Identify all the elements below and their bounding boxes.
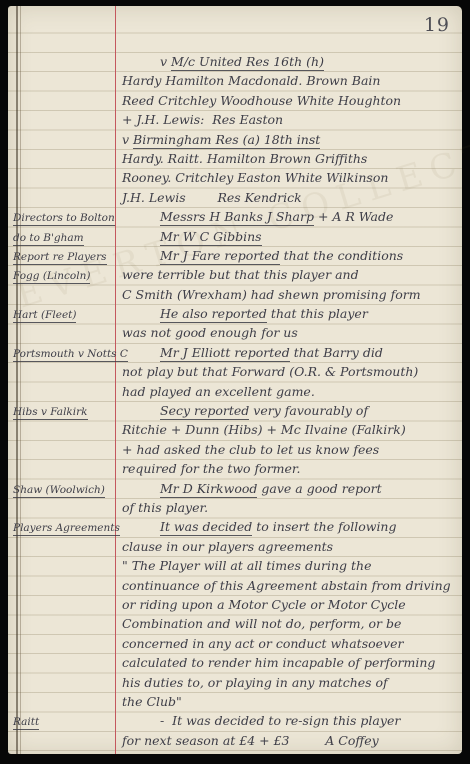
margin-note: Players Agreements bbox=[13, 522, 120, 536]
minute-text-cell: Secy reportedvery favourably of bbox=[108, 401, 462, 420]
minute-line: Ritchie + Dunn (Hibs) + Mc Ilvaine (Falk… bbox=[8, 420, 462, 439]
margin-cell: do to B'gham bbox=[8, 229, 108, 248]
minute-text-cell: continuance of this Agreement abstain fr… bbox=[108, 576, 462, 595]
minute-text-cell: the Club" bbox=[108, 692, 462, 711]
line-text: " The Player will at all times during th… bbox=[122, 558, 371, 573]
line-text: + had asked the club to let us know fees bbox=[122, 442, 379, 457]
minute-line: Portsmouth v Notts CMr J Elliott reporte… bbox=[8, 343, 462, 362]
minute-line: + had asked the club to let us know fees bbox=[8, 440, 462, 459]
line-text: had played an excellent game. bbox=[122, 384, 315, 399]
line-text: the Club" bbox=[122, 694, 182, 709]
minute-line: continuance of this Agreement abstain fr… bbox=[8, 576, 462, 595]
minute-text-cell: Hardy. Raitt. Hamilton Brown Griffiths bbox=[108, 149, 462, 168]
underlined-lead: Secy reported bbox=[160, 403, 249, 420]
minute-text-cell: clause in our players agreements bbox=[108, 537, 462, 556]
margin-note: Hibs v Falkirk bbox=[13, 406, 88, 420]
minute-text-cell: concerned in any act or conduct whatsoev… bbox=[108, 634, 462, 653]
line-text: J.H. Lewis Res Kendrick bbox=[122, 190, 302, 205]
minute-text-cell: He also reportedthat this player bbox=[108, 304, 462, 323]
minute-line: Combination and will not do, perform, or… bbox=[8, 614, 462, 633]
minute-text-cell: v Birmingham Res (a) 18th inst bbox=[108, 130, 462, 149]
minute-line: his duties to, or playing in any matches… bbox=[8, 673, 462, 692]
underlined-lead: Mr D Kirkwood bbox=[160, 481, 257, 498]
minute-text-cell: It was decidedto insert the following bbox=[108, 517, 462, 536]
margin-cell: Raitt bbox=[8, 713, 108, 732]
line-text: not play but that Forward (O.R. & Portsm… bbox=[122, 364, 418, 379]
minute-line: Hibs v FalkirkSecy reportedvery favourab… bbox=[8, 401, 462, 420]
line-text: Rooney. Critchley Easton White Wilkinson bbox=[122, 170, 388, 185]
minute-line: Directors to BoltonMessrs H Banks J Shar… bbox=[8, 207, 462, 226]
minute-text-cell: of this player. bbox=[108, 498, 462, 517]
line-text: or riding upon a Motor Cycle or Motor Cy… bbox=[122, 597, 406, 612]
minute-text-cell: not play but that Forward (O.R. & Portsm… bbox=[108, 362, 462, 381]
minute-line: clause in our players agreements bbox=[8, 537, 462, 556]
page-number: 19 bbox=[424, 14, 450, 36]
minute-text-cell: - It was decided to re-sign this player bbox=[108, 711, 462, 730]
minute-line: Rooney. Critchley Easton White Wilkinson bbox=[8, 168, 462, 187]
minute-line: " The Player will at all times during th… bbox=[8, 556, 462, 575]
line-text: gave a good report bbox=[257, 481, 381, 496]
minute-text-cell: + had asked the club to let us know fees bbox=[108, 440, 462, 459]
minute-text-cell: + J.H. Lewis: Res Easton bbox=[108, 110, 462, 129]
line-text: his duties to, or playing in any matches… bbox=[122, 675, 388, 690]
minute-line: v Birmingham Res (a) 18th inst bbox=[8, 130, 462, 149]
line-text: for next season at £4 + £3 A Coffey bbox=[122, 733, 379, 748]
line-text: continuance of this Agreement abstain fr… bbox=[122, 578, 451, 593]
minute-text-cell: for next season at £4 + £3 A Coffey bbox=[108, 731, 462, 750]
underlined-lead: He also reported bbox=[160, 306, 267, 323]
line-text: that the conditions bbox=[280, 248, 404, 263]
line-text: + A R Wade bbox=[314, 209, 393, 224]
line-text: Reed Critchley Woodhouse White Houghton bbox=[122, 93, 401, 108]
minute-line: of this player. bbox=[8, 498, 462, 517]
minute-text-cell: Reed Critchley Woodhouse White Houghton bbox=[108, 91, 462, 110]
underlined-lead: Mr J Elliott reported bbox=[160, 345, 290, 362]
minute-line: + J.H. Lewis: Res Easton bbox=[8, 110, 462, 129]
underlined-lead: Mr W C Gibbins bbox=[160, 229, 262, 246]
margin-cell: Shaw (Woolwich) bbox=[8, 481, 108, 500]
underlined-lead: It was decided bbox=[160, 519, 252, 536]
minute-line: Players AgreementsIt was decidedto inser… bbox=[8, 517, 462, 536]
margin-cell: Hibs v Falkirk bbox=[8, 403, 108, 422]
minute-text-cell: his duties to, or playing in any matches… bbox=[108, 673, 462, 692]
underlined-lead: Messrs H Banks J Sharp bbox=[160, 209, 314, 226]
line-text: very favourably of bbox=[249, 403, 368, 418]
minute-line: Shaw (Woolwich)Mr D Kirkwoodgave a good … bbox=[8, 479, 462, 498]
minute-text-cell: Hardy Hamilton Macdonald. Brown Bain bbox=[108, 71, 462, 90]
margin-cell: Directors to Bolton bbox=[8, 209, 108, 228]
minute-text-cell: Rooney. Critchley Easton White Wilkinson bbox=[108, 168, 462, 187]
margin-cell: Fogg (Lincoln) bbox=[8, 267, 108, 286]
minute-line: calculated to render him incapable of pe… bbox=[8, 653, 462, 672]
line-text: concerned in any act or conduct whatsoev… bbox=[122, 636, 403, 651]
minute-line: Hardy Hamilton Macdonald. Brown Bain bbox=[8, 71, 462, 90]
minute-line: v M/c United Res 16th (h) bbox=[8, 52, 462, 71]
ledger-page: 19 EVERTON COLLECTION v M/c United Res 1… bbox=[8, 6, 462, 754]
line-text: that Barry did bbox=[290, 345, 383, 360]
minute-line: concerned in any act or conduct whatsoev… bbox=[8, 634, 462, 653]
minute-line: Report re PlayersMr J Fare reportedthat … bbox=[8, 246, 462, 265]
minute-text-cell: Ritchie + Dunn (Hibs) + Mc Ilvaine (Falk… bbox=[108, 420, 462, 439]
line-text: Ritchie + Dunn (Hibs) + Mc Ilvaine (Falk… bbox=[122, 422, 406, 437]
minute-text-cell: Mr J Elliott reportedthat Barry did bbox=[108, 343, 462, 362]
minute-line: J.H. Lewis Res Kendrick bbox=[8, 188, 462, 207]
minute-text-cell: was not good enough for us bbox=[108, 323, 462, 342]
margin-cell: Report re Players bbox=[8, 248, 108, 267]
minute-text-cell: C Smith (Wrexham) had shewn promising fo… bbox=[108, 285, 462, 304]
minute-text-cell: v M/c United Res 16th (h) bbox=[108, 52, 462, 71]
margin-note: Hart (Fleet) bbox=[13, 309, 76, 323]
minute-line: Raitt- It was decided to re-sign this pl… bbox=[8, 711, 462, 730]
minute-text-cell: Mr D Kirkwoodgave a good report bbox=[108, 479, 462, 498]
minute-line: for next season at £4 + £3 A Coffey bbox=[8, 731, 462, 750]
minute-line: had played an excellent game. bbox=[8, 382, 462, 401]
line-text: + J.H. Lewis: Res Easton bbox=[122, 112, 283, 127]
line-text: of this player. bbox=[122, 500, 208, 515]
line-text: clause in our players agreements bbox=[122, 539, 333, 554]
line-text: Hardy. Raitt. Hamilton Brown Griffiths bbox=[122, 151, 367, 166]
line-text: Hardy Hamilton Macdonald. Brown Bain bbox=[122, 73, 380, 88]
margin-cell: Players Agreements bbox=[8, 519, 108, 538]
line-text: was not good enough for us bbox=[122, 325, 298, 340]
line-prefix: v bbox=[122, 132, 133, 147]
line-text: C Smith (Wrexham) had shewn promising fo… bbox=[122, 287, 421, 302]
minute-text-cell: Mr J Fare reportedthat the conditions bbox=[108, 246, 462, 265]
minute-text-cell: " The Player will at all times during th… bbox=[108, 556, 462, 575]
margin-note: Shaw (Woolwich) bbox=[13, 484, 105, 498]
minute-line: or riding upon a Motor Cycle or Motor Cy… bbox=[8, 595, 462, 614]
minute-text-cell: Combination and will not do, perform, or… bbox=[108, 614, 462, 633]
underlined-lead: Mr J Fare reported bbox=[160, 248, 280, 265]
margin-note: Directors to Bolton bbox=[13, 212, 115, 226]
minute-text-cell: Messrs H Banks J Sharp+ A R Wade bbox=[108, 207, 462, 226]
line-text: - It was decided to re-sign this player bbox=[160, 713, 400, 728]
margin-note: Fogg (Lincoln) bbox=[13, 270, 90, 284]
minute-line: do to B'ghamMr W C Gibbins bbox=[8, 227, 462, 246]
minute-line: Hardy. Raitt. Hamilton Brown Griffiths bbox=[8, 149, 462, 168]
scanned-minute-book: { "page_number": "19", "watermark": { "t… bbox=[0, 0, 470, 764]
minute-text-cell: J.H. Lewis Res Kendrick bbox=[108, 188, 462, 207]
underlined-lead: Birmingham Res (a) 18th inst bbox=[133, 132, 320, 149]
line-prefix: v bbox=[160, 54, 171, 69]
margin-note: do to B'gham bbox=[13, 232, 84, 246]
minute-line: C Smith (Wrexham) had shewn promising fo… bbox=[8, 285, 462, 304]
minute-text-cell: were terrible but that this player and bbox=[108, 265, 462, 284]
minute-line: Fogg (Lincoln)were terrible but that thi… bbox=[8, 265, 462, 284]
line-text: that this player bbox=[267, 306, 368, 321]
minute-line: the Club" bbox=[8, 692, 462, 711]
minute-line: not play but that Forward (O.R. & Portsm… bbox=[8, 362, 462, 381]
margin-note: Raitt bbox=[13, 716, 39, 730]
minute-line: Reed Critchley Woodhouse White Houghton bbox=[8, 91, 462, 110]
line-text: were terrible but that this player and bbox=[122, 267, 359, 282]
minute-text-cell: had played an excellent game. bbox=[108, 382, 462, 401]
minute-line: required for the two former. bbox=[8, 459, 462, 478]
minute-text-cell: required for the two former. bbox=[108, 459, 462, 478]
margin-cell: Hart (Fleet) bbox=[8, 306, 108, 325]
underlined-lead: M/c United Res 16th (h) bbox=[171, 54, 324, 71]
minute-line: Hart (Fleet)He also reportedthat this pl… bbox=[8, 304, 462, 323]
minute-text-cell: calculated to render him incapable of pe… bbox=[108, 653, 462, 672]
handwritten-minutes: v M/c United Res 16th (h)Hardy Hamilton … bbox=[8, 52, 462, 750]
line-text: Combination and will not do, perform, or… bbox=[122, 616, 401, 631]
line-text: calculated to render him incapable of pe… bbox=[122, 655, 435, 670]
minute-line: was not good enough for us bbox=[8, 323, 462, 342]
line-text: required for the two former. bbox=[122, 461, 301, 476]
minute-text-cell: Mr W C Gibbins bbox=[108, 227, 462, 246]
minute-text-cell: or riding upon a Motor Cycle or Motor Cy… bbox=[108, 595, 462, 614]
margin-cell: Portsmouth v Notts C bbox=[8, 345, 108, 364]
margin-note: Report re Players bbox=[13, 251, 107, 265]
line-text: to insert the following bbox=[252, 519, 396, 534]
